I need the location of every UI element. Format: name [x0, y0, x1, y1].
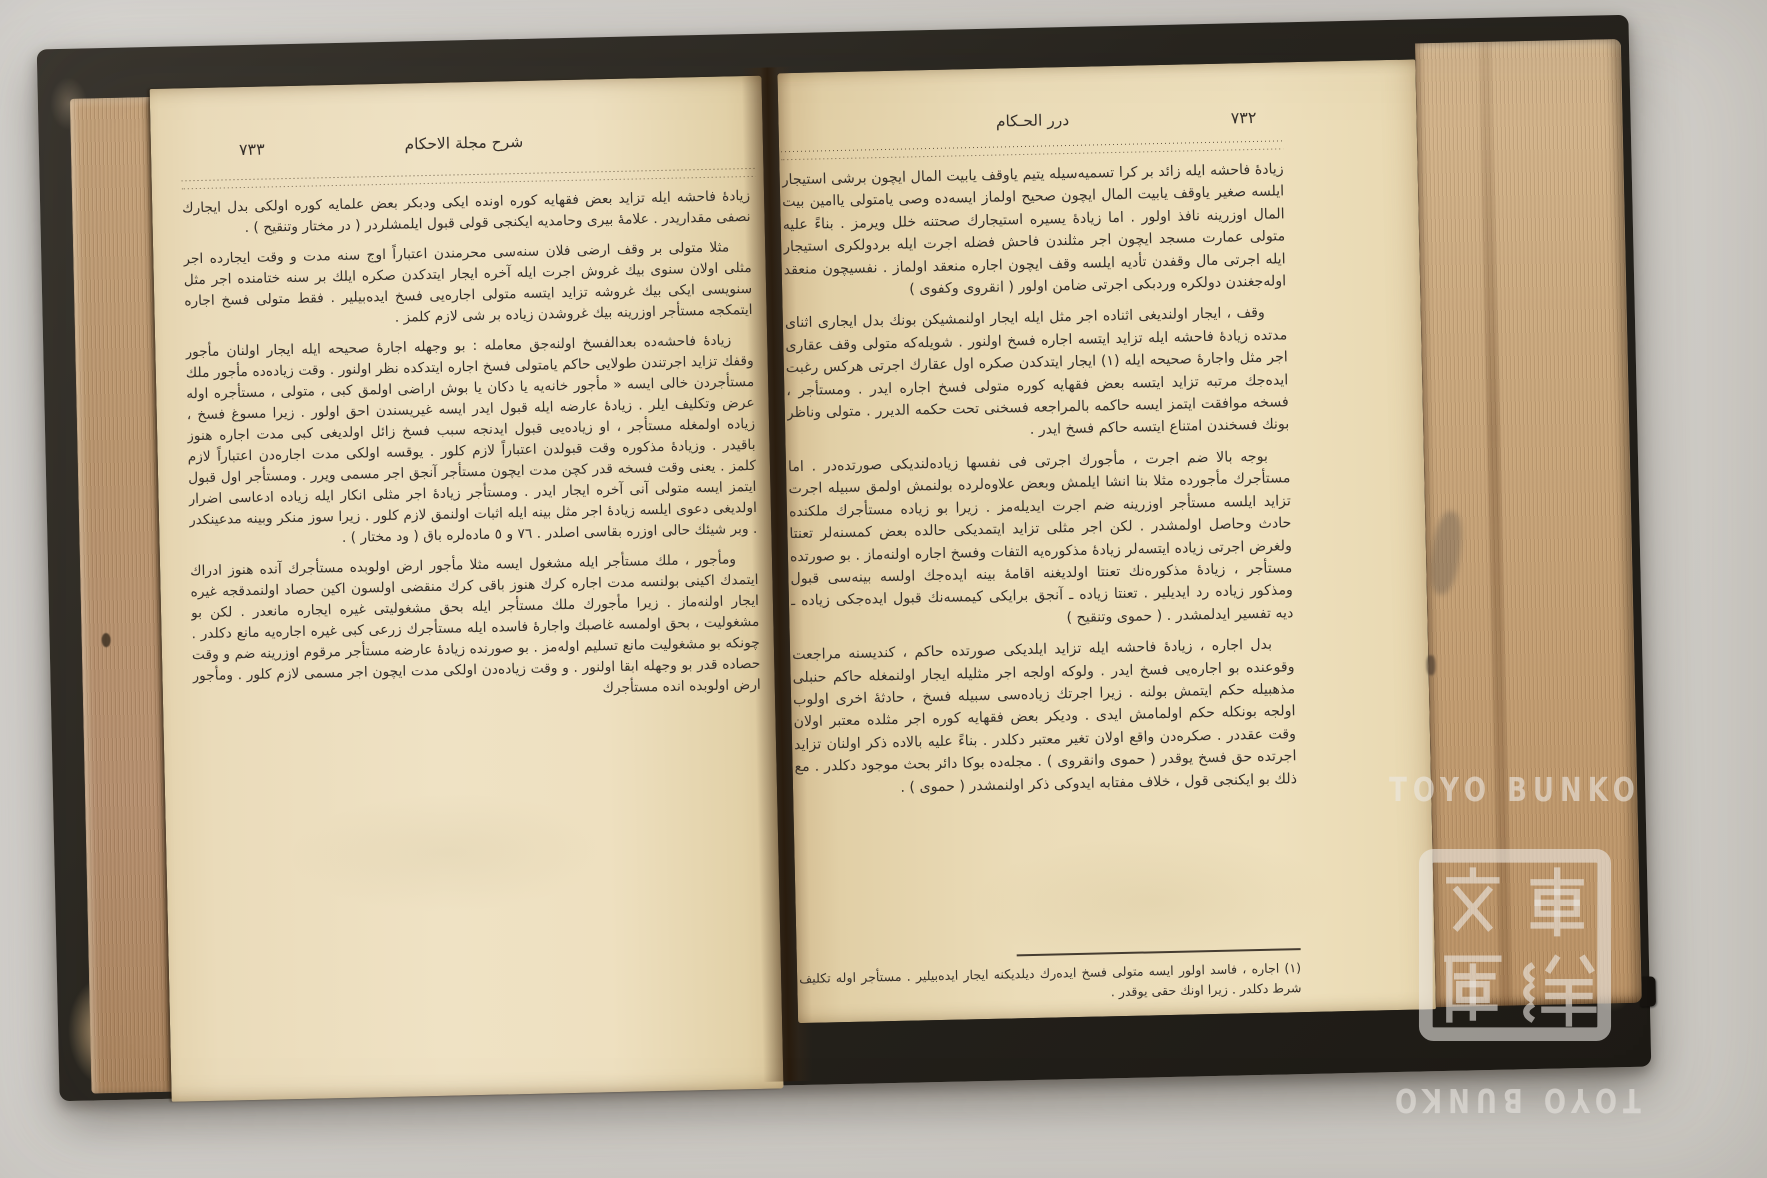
watermark-text-bottom-mirrored: TOYO BUNKO — [1389, 1080, 1641, 1118]
footnote: (١) اجاره ، فاسد اولور ايسه متولى فسخ اي… — [799, 958, 1302, 1015]
fore-edge-smudge — [1426, 509, 1465, 596]
left-running-title: شرح مجلة الاحكام — [404, 133, 523, 154]
right-page-header: ٧٣٢ درر الحـكام — [780, 106, 1284, 143]
page-edge-stain — [101, 633, 110, 647]
fore-edge-nick — [1426, 655, 1435, 675]
body-paragraph: ومأجور ، ملك مستأجر ايله مشغول ايسه مثلا… — [190, 549, 761, 708]
left-page-body: زيادهٔ فاحشه ايله تزايد بعض فقهايه كوره … — [182, 186, 767, 964]
cover-clasp-remnant — [1639, 976, 1656, 1006]
right-page-body: زيادهٔ فاحشه ايله زائد بر كرا تسميه‌سيله… — [782, 158, 1301, 955]
left-page-header: ٧٣٣ شرح مجلة الاحكام — [181, 128, 747, 166]
right-header-rule — [781, 140, 1283, 160]
right-page-edges — [1415, 39, 1642, 1007]
photo-backdrop: ٧٣٣ شرح مجلة الاحكام زيادهٔ فاحشه ايله ت… — [0, 0, 1767, 1178]
body-paragraph: وقف ، ايجار اولنديغى اثناده اجر مثل ايله… — [785, 302, 1290, 447]
body-paragraph: زيادهٔ فاحشه ايله زائد بر كرا تسميه‌سيله… — [782, 158, 1287, 303]
right-page-number: ٧٣٢ — [1231, 108, 1257, 128]
body-paragraph: مثلا متولى بر وقف ارضى فلان سنه‌سى محرمن… — [183, 237, 753, 333]
body-paragraph: زيادهٔ فاحشه ايله تزايد بعض فقهايه كوره … — [182, 186, 751, 240]
left-header-rule — [182, 168, 756, 190]
right-page: ٧٣٢ درر الحـكام زيادهٔ فاحشه ايله زائد ب… — [777, 59, 1436, 1023]
fore-edge-crease — [1479, 42, 1512, 1006]
book: ٧٣٣ شرح مجلة الاحكام زيادهٔ فاحشه ايله ت… — [37, 15, 1652, 1101]
body-paragraph: بوجه بالا ضم اجرت ، مأجورك اجرتى فى نفسه… — [788, 445, 1294, 635]
left-page-number: ٧٣٣ — [239, 140, 265, 160]
body-paragraph: زيادهٔ فاحشه‌ده بعدالفسخ اولنه‌جق معامله… — [185, 330, 757, 552]
body-paragraph: بدل اجاره ، زيادهٔ فاحشه ايله تزايد ايلد… — [792, 633, 1297, 801]
right-running-title: درر الحـكام — [996, 111, 1070, 131]
left-page: ٧٣٣ شرح مجلة الاحكام زيادهٔ فاحشه ايله ت… — [150, 76, 784, 1102]
